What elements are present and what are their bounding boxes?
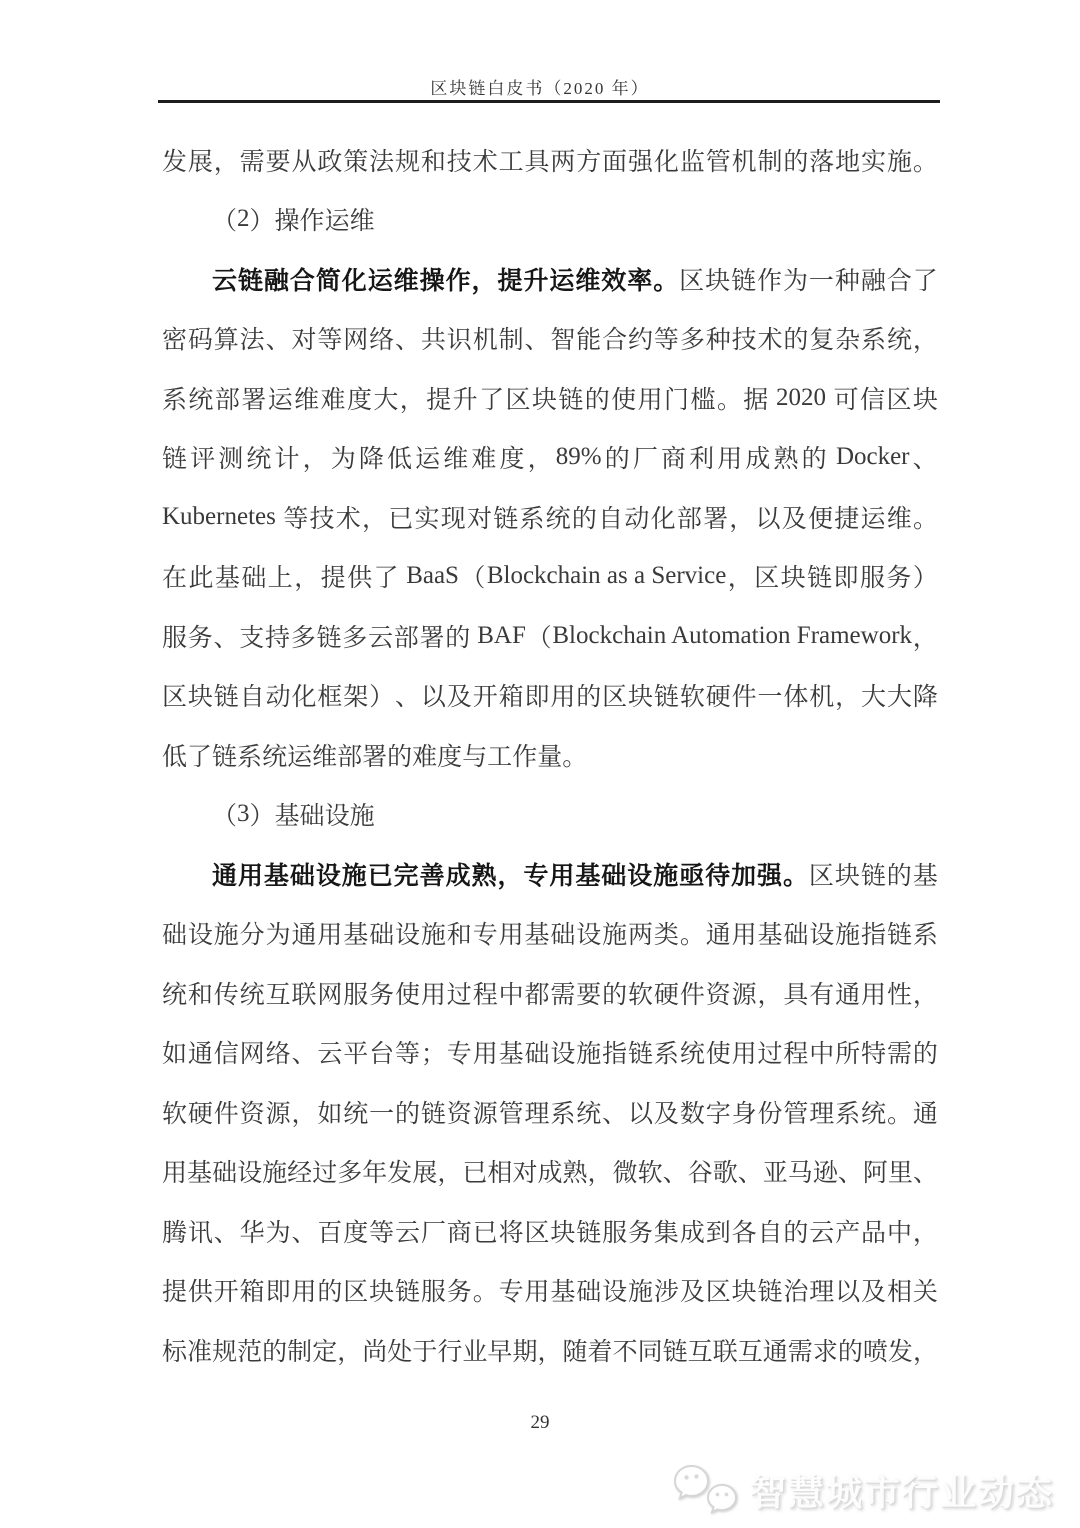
- text-line: 系统部署运维难度大，提升了区块链的使用门槛。据 2020 可信区块: [162, 368, 938, 428]
- page-number: 29: [0, 1412, 1080, 1434]
- watermark: 智慧城市行业动态: [670, 1460, 1054, 1520]
- text-line: 云链融合简化运维操作，提升运维效率。区块链作为一种融合了: [162, 249, 938, 309]
- watermark-text: 智慧城市行业动态: [750, 1465, 1054, 1516]
- text-line: Kubernetes 等技术，已实现对链系统的自动化部署，以及便捷运维。: [162, 487, 938, 547]
- text-line: 密码算法、对等网络、共识机制、智能合约等多种技术的复杂系统，: [162, 309, 938, 369]
- text-line: （3）基础设施: [162, 785, 938, 845]
- header-title: 区块链白皮书（2020 年）: [0, 74, 1080, 99]
- document-page: 区块链白皮书（2020 年） 发展，需要从政策法规和技术工具两方面强化监管机制的…: [0, 0, 1080, 1528]
- text-line: 发展，需要从政策法规和技术工具两方面强化监管机制的落地实施。: [162, 130, 938, 190]
- text-line: 标准规范的制定，尚处于行业早期，随着不同链互联互通需求的喷发，: [162, 1320, 938, 1380]
- text-line: 通用基础设施已完善成熟，专用基础设施亟待加强。区块链的基: [162, 844, 938, 904]
- text-line: 统和传统互联网服务使用过程中都需要的软硬件资源，具有通用性，: [162, 963, 938, 1023]
- text-line: 腾讯、华为、百度等云厂商已将区块链服务集成到各自的云产品中，: [162, 1201, 938, 1261]
- text-line: 在此基础上，提供了 BaaS（Blockchain as a Service，区…: [162, 547, 938, 607]
- text-line: 软硬件资源，如统一的链资源管理系统、以及数字身份管理系统。通: [162, 1082, 938, 1142]
- wechat-icon: [670, 1461, 742, 1519]
- text-line: 区块链自动化框架）、以及开箱即用的区块链软硬件一体机，大大降: [162, 666, 938, 726]
- text-line: 如通信网络、云平台等；专用基础设施指链系统使用过程中所特需的: [162, 1023, 938, 1083]
- document-body: 发展，需要从政策法规和技术工具两方面强化监管机制的落地实施。（2）操作运维云链融…: [162, 130, 938, 1380]
- text-line: 提供开箱即用的区块链服务。专用基础设施涉及区块链治理以及相关: [162, 1261, 938, 1321]
- text-line: （2）操作运维: [162, 190, 938, 250]
- text-line: 用基础设施经过多年发展，已相对成熟，微软、谷歌、亚马逊、阿里、: [162, 1142, 938, 1202]
- text-line: 低了链系统运维部署的难度与工作量。: [162, 725, 938, 785]
- header-rule: [158, 100, 940, 103]
- text-line: 服务、支持多链多云部署的 BAF（Blockchain Automation F…: [162, 606, 938, 666]
- text-line: 础设施分为通用基础设施和专用基础设施两类。通用基础设施指链系: [162, 904, 938, 964]
- text-line: 链评测统计，为降低运维难度，89%的厂商利用成熟的 Docker、: [162, 428, 938, 488]
